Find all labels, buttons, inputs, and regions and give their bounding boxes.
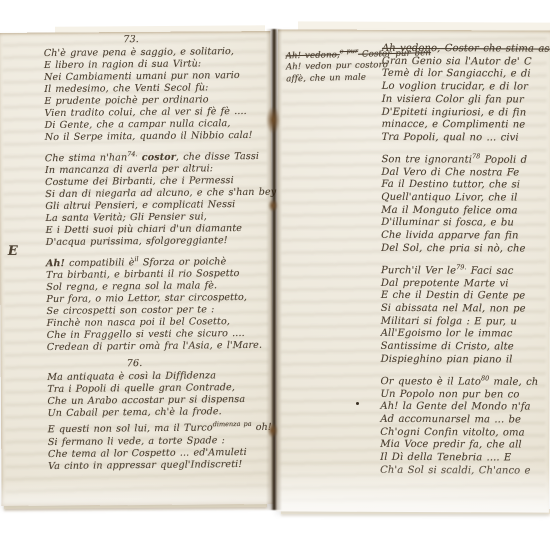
stanza-number: 76. xyxy=(47,357,277,371)
verse-line: No il Serpe imita, quando il Nibbio cala… xyxy=(45,130,275,144)
page-bottom-fade xyxy=(276,463,549,512)
stanza: Ch'è grave pena è saggio, e solitario,E … xyxy=(44,46,275,144)
verse-line: All'Egoismo lor le immac xyxy=(381,328,550,342)
verse-line: Lo voglion trucidar, e di lor xyxy=(382,81,550,95)
page-bottom-fade xyxy=(1,478,273,506)
verse-line: E che il Destin di Gente pe xyxy=(381,290,550,304)
stanza-number: 73. xyxy=(44,33,274,47)
right-page: Ah! vedono,e pur Costor pur benAh! vedon… xyxy=(276,29,550,512)
verse-line: Ah! la Gente del Mondo n'fa xyxy=(380,401,550,415)
verse-line: Che tema al lor Cospetto ... ed'Amuleti xyxy=(48,446,278,460)
binding-gutter xyxy=(266,29,282,510)
verse-line: Che livida apparve fan fin xyxy=(381,230,550,244)
verse-line: Dal prepotente Marte vi xyxy=(381,277,550,291)
verse-line: Ah vedono, Costor che stima assai, che xyxy=(382,43,550,57)
verse-line: Va cinto in appressar quegl'Indiscreti! xyxy=(48,458,278,472)
stanza: Or questo è il Lato80 male, chUn Popolo … xyxy=(380,371,550,478)
verse-line: Ad accomunarsel ma ... be xyxy=(380,414,550,428)
left-page: E 73.Ch'è grave pena è saggio, e solitar… xyxy=(0,31,274,506)
verse-line: Che stima n'han74. costor, che disse Tas… xyxy=(45,147,275,166)
right-page-text: Ah vedono, Costor che stima assai, cheGr… xyxy=(380,43,550,484)
verse-line: Del Sol, che pria si nò, che xyxy=(381,243,550,257)
stanza: Son tre ignoranti78 Popoli dDal Vero di … xyxy=(381,149,550,256)
verse-line: E questi non sol lui, ma il Turcodimenza… xyxy=(48,418,278,437)
verse-line: Dal Vero di Che nostra Fe xyxy=(381,167,550,181)
binding-stain xyxy=(267,423,278,438)
verse-line: Ch'ogni Confin vitolto, oma xyxy=(380,427,550,441)
verse-line: Credean di partir omà fra l'Asia, e l'Ma… xyxy=(47,340,277,354)
stanza: Purch'il Ver le79. Faci sacDal prepotent… xyxy=(381,260,550,367)
verse-line: Quell'antiquo Livor, che il xyxy=(381,192,550,206)
verse-line: Militari si folga : E pur, u xyxy=(381,316,550,330)
verse-line: minacce, e Complimenti ne xyxy=(382,119,550,133)
verse-line: Santissime di Cristo, alte xyxy=(381,341,550,355)
verse-line: Fa il Destino tuttor, che si xyxy=(381,179,550,193)
binding-stain xyxy=(266,106,280,134)
manuscript-photo: E 73.Ch'è grave pena è saggio, e solitar… xyxy=(0,0,550,550)
verse-line: Dispieghino pian piano il xyxy=(381,354,550,368)
verse-line: Or questo è il Lato80 male, ch xyxy=(380,371,550,389)
stanza: Ma antiquata è così la DiffidenzaTra i P… xyxy=(47,370,278,473)
verse-line: Ma il Monguto felice oma xyxy=(381,205,550,219)
verse-line: Son tre ignoranti78 Popoli d xyxy=(381,149,550,167)
verse-line: Si abissata nel Mal, non pe xyxy=(381,303,550,317)
verse-line: Temè di lor Sangiacchi, e di xyxy=(382,68,550,82)
ink-speck xyxy=(356,402,359,405)
verse-line: In visiera Color gli fan pur xyxy=(382,94,550,108)
binding-stain xyxy=(268,199,278,212)
margin-letter: E xyxy=(8,244,18,259)
verse-line: Mia Voce predir fa, che all xyxy=(380,439,550,453)
verse-line: D'Epiteti ingiuriosi, e di fin xyxy=(382,106,550,120)
stanza: Ah! compatibili èil Sforza or poichèTra … xyxy=(46,252,277,355)
verse-line: D'illuminar si fosca, e bu xyxy=(381,217,550,231)
verse-line: Purch'il Ver le79. Faci sac xyxy=(381,260,550,278)
left-page-text: 73.Ch'è grave pena è saggio, e solitario… xyxy=(44,33,279,478)
stanza: Ah vedono, Costor che stima assai, cheGr… xyxy=(382,43,550,146)
verse-line: D'acqua purissima, sfolgoreggiante! xyxy=(46,235,276,249)
verse-line: Un Popolo non pur ben co xyxy=(380,388,550,402)
stanza: Che stima n'han74. costor, che disse Tas… xyxy=(45,147,276,250)
verse-line: Tra Popoli, qual no ... civi xyxy=(382,132,550,146)
